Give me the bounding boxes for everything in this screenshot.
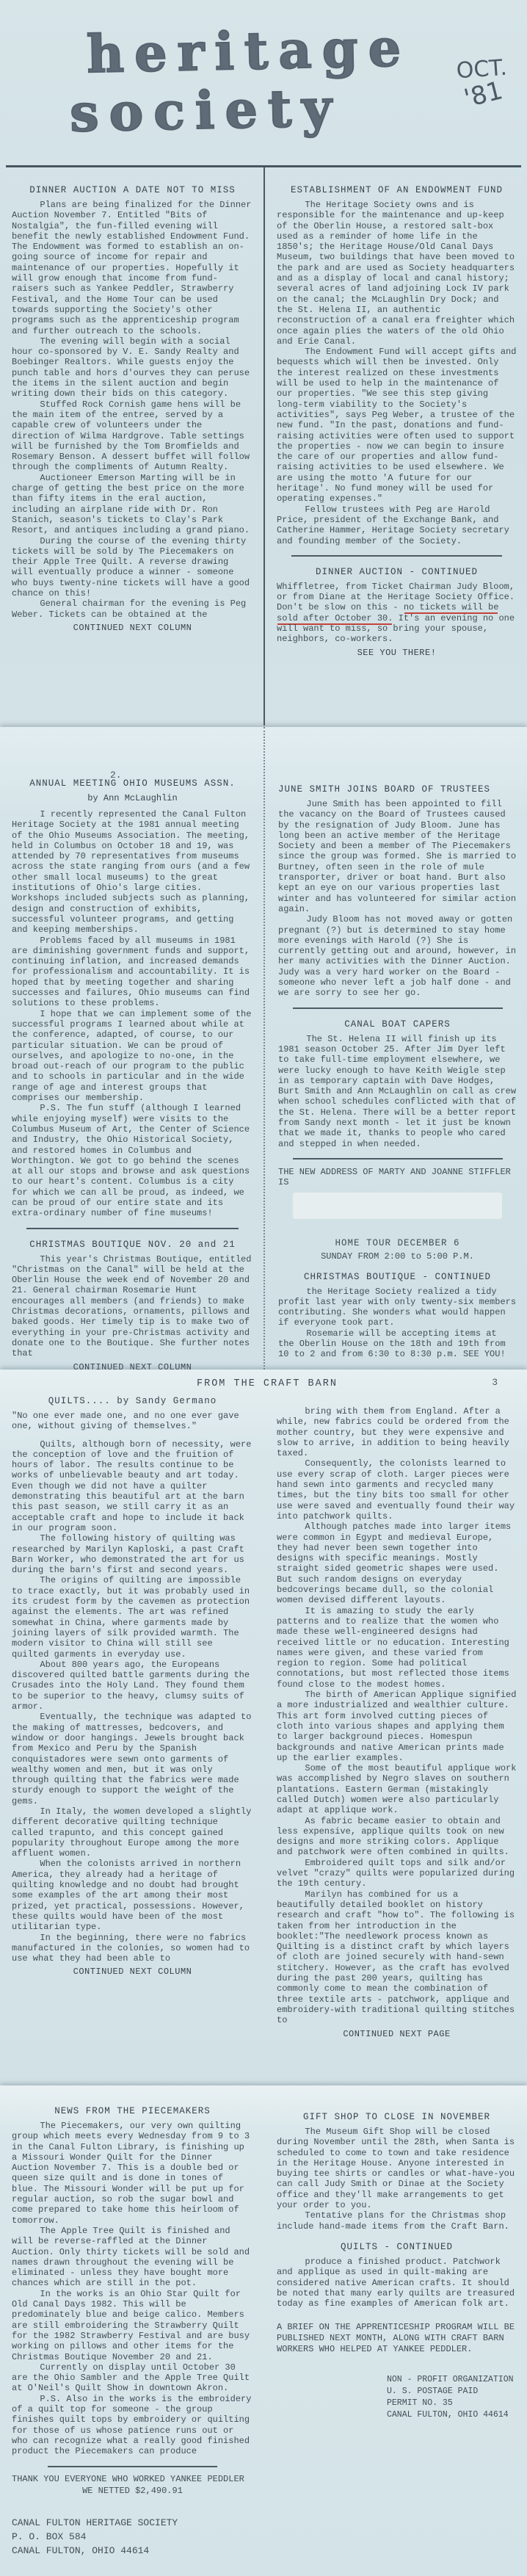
paragraph: Although patches made into larger items … (277, 1522, 517, 1605)
page4-left-column: NEWS FROM THE PIECEMAKERS The Piecemaker… (0, 2085, 263, 2576)
article-canal-boat-capers: The St. Helena II will finish up its 198… (278, 1034, 517, 1149)
home-tour-announcement: HOME TOUR DECEMBER 6 (278, 1238, 517, 1248)
article-heading-dinner-auction: DINNER AUCTION A DATE NOT TO MISS (12, 185, 253, 195)
society-return-address: CANAL FULTON HERITAGE SOCIETY P. O. BOX … (12, 2516, 253, 2558)
article-heading-dinner-auction-continued: DINNER AUCTION - CONTINUED (277, 567, 517, 577)
postal-permit-block: NON - PROFIT ORGANIZATION U. S. POSTAGE … (387, 2374, 517, 2421)
dinner-auction-continued-paragraph: Whiffletree, from Ticket Chairman Judy B… (277, 582, 517, 645)
paragraph: Currently on display until October 30 ar… (12, 2362, 253, 2394)
postal-org: NON - PROFIT ORGANIZATION (387, 2374, 517, 2386)
byline-ann-mclaughlin: by Ann McLaughlin (12, 793, 253, 803)
paragraph: The evening will begin with a social hou… (12, 336, 253, 399)
continued-next-page-note: CONTINUED NEXT PAGE (277, 2029, 517, 2039)
paragraph: As fabric became easier to obtain and le… (277, 1816, 517, 1858)
paragraph: I recently represented the Canal Fulton … (12, 809, 253, 936)
paragraph: In the works is an Ohio Star Quilt for O… (12, 2289, 253, 2362)
quilts-opening-quote: "No one ever made one, and no one ever g… (12, 1411, 253, 1432)
article-heading-christmas-boutique: CHRISTMAS BOUTIQUE NOV. 20 and 21 (12, 1240, 253, 1250)
paragraph: the Heritage Society realized a tidy pro… (278, 1287, 517, 1328)
divider-rule (293, 1158, 503, 1159)
article-dinner-auction: Plans are being finalized for the Dinner… (12, 200, 253, 620)
paragraph: Eventually, the technique was adapted to… (12, 1712, 253, 1806)
page-2: 2. ANNUAL MEETING OHIO MUSEUMS ASSN. by … (0, 727, 527, 1370)
paragraph: General chairman for the evening is Peg … (12, 598, 253, 620)
page2-right-column: JUNE SMITH JOINS BOARD OF TRUSTEES June … (263, 727, 527, 1370)
paragraph: P.S. Also in the works is the embroidery… (12, 2394, 253, 2457)
paragraph: Stuffed Rock Cornish game hens will be t… (12, 399, 253, 473)
page3-left-column: QUILTS.... by Sandy Germano "No one ever… (0, 1370, 263, 2085)
page4-right-column: GIFT SHOP TO CLOSE IN NOVEMBER The Museu… (263, 2085, 527, 2576)
divider-rule (26, 1228, 239, 1229)
article-heading-endowment-fund: ESTABLISHMENT OF AN ENDOWMENT FUND (277, 185, 517, 195)
continued-next-column-note: CONTINUED NEXT COLUMN (12, 623, 253, 633)
paragraph: Judy Bloom has not moved away or gotten … (278, 914, 517, 998)
paragraph: The following history of quilting was re… (12, 1533, 253, 1575)
paragraph: The Piecemakers, our very own quilting g… (12, 2121, 253, 2226)
article-endowment-fund: The Heritage Society owns and is respons… (277, 200, 517, 546)
article-heading-museums-meeting: ANNUAL MEETING OHIO MUSEUMS ASSN. (12, 778, 253, 789)
article-heading-quilts: QUILTS.... by Sandy Germano (12, 1396, 253, 1406)
page-3: FROM THE CRAFT BARN 3 QUILTS.... by Sand… (0, 1370, 527, 2085)
paragraph: In Italy, the women developed a slightly… (12, 1806, 253, 1859)
paragraph: When the colonists arrived in northern A… (12, 1859, 253, 1932)
society-name: CANAL FULTON HERITAGE SOCIETY (12, 2516, 253, 2530)
article-heading-piecemakers: NEWS FROM THE PIECEMAKERS (12, 2106, 253, 2116)
page1-right-column: ESTABLISHMENT OF AN ENDOWMENT FUND The H… (263, 167, 527, 726)
article-quilts-continuation: bring with them from England. After a wh… (277, 1406, 517, 2026)
page3-right-column: bring with them from England. After a wh… (263, 1370, 527, 2085)
page-4: NEWS FROM THE PIECEMAKERS The Piecemaker… (0, 2085, 527, 2576)
thanks-line2: WE NETTED $2,490.91 (12, 2485, 253, 2497)
page2-left-column: ANNUAL MEETING OHIO MUSEUMS ASSN. by Ann… (0, 727, 263, 1370)
paragraph: The Museum Gift Shop will be closed duri… (277, 2127, 517, 2210)
article-gift-shop: The Museum Gift Shop will be closed duri… (277, 2127, 517, 2232)
paragraph: P.S. The fun stuff (although I learned w… (12, 1103, 253, 1218)
paragraph: The St. Helena II will finish up its 198… (278, 1034, 517, 1149)
paragraph: The origins of quilting are impossible t… (12, 1575, 253, 1659)
masthead: heritage society OCT. '81 (0, 0, 527, 165)
newsletter-scan: heritage society OCT. '81 DINNER AUCTION… (0, 0, 527, 2576)
paragraph: About 800 years ago, the Europeans disco… (12, 1660, 253, 1712)
article-heading-gift-shop: GIFT SHOP TO CLOSE IN NOVEMBER (277, 2112, 517, 2122)
paragraph: I hope that we can implement some of the… (12, 1009, 253, 1104)
article-piecemakers: The Piecemakers, our very own quilting g… (12, 2121, 253, 2457)
yankee-peddler-thanks: THANK YOU EVERYONE WHO WORKED YANKEE PED… (12, 2473, 253, 2497)
paragraph: This year's Christmas Boutique, entitled… (12, 1254, 253, 1359)
paragraph: In the beginning, there were no fabrics … (12, 1933, 253, 1964)
paragraph: Plans are being finalized for the Dinner… (12, 200, 253, 336)
divider-rule (291, 555, 503, 557)
paragraph: Consequently, the colonists learned to u… (277, 1458, 517, 1522)
article-quilts: Quilts, although born of necessity, were… (12, 1439, 253, 1964)
paragraph: The Endowment Fund will accept gifts and… (277, 347, 517, 504)
paragraph: Some of the most beautiful applique work… (277, 1763, 517, 1815)
paragraph: The Apple Tree Quilt is finished and wil… (12, 2226, 253, 2289)
paragraph: June Smith has been appointed to fill th… (278, 799, 517, 914)
masthead-date: OCT. '81 (456, 56, 509, 109)
divider-rule (48, 2466, 217, 2467)
article-quilts-continued: produce a finished product. Patchwork an… (277, 2257, 517, 2309)
article-heading-quilts-continued: QUILTS - CONTINUED (277, 2242, 517, 2252)
paragraph: Tentative plans for the Christmas shop i… (277, 2210, 517, 2232)
society-city: CANAL FULTON, OHIO 44614 (12, 2544, 253, 2558)
article-heading-boutique-continued: CHRISTMAS BOUTIQUE - CONTINUED (278, 1272, 517, 1282)
article-boutique-continued: the Heritage Society realized a tidy pro… (278, 1287, 517, 1360)
postal-city: CANAL FULTON, OHIO 44614 (387, 2409, 517, 2421)
page1-left-column: DINNER AUCTION A DATE NOT TO MISS Plans … (0, 167, 263, 726)
see-you-there-signoff: SEE YOU THERE! (277, 648, 517, 658)
continued-next-column-note: CONTINUED NEXT COLUMN (12, 1967, 253, 1977)
paragraph: Quilts, although born of necessity, were… (12, 1439, 253, 1534)
paragraph: The birth of American Applique signified… (277, 1690, 517, 1763)
stiffler-address-note: THE NEW ADDRESS OF MARTY AND JOANNE STIF… (278, 1167, 517, 1188)
paragraph: Marilyn has combined for us a beautifull… (277, 1889, 517, 2026)
paragraph: Auctioneer Emerson Marting will be in ch… (12, 473, 253, 536)
paragraph: Problems faced by all museums in 1981 ar… (12, 936, 253, 1009)
article-christmas-boutique: This year's Christmas Boutique, entitled… (12, 1254, 253, 1359)
article-june-smith: June Smith has been appointed to fill th… (278, 799, 517, 999)
article-heading-canal-boat-capers: CANAL BOAT CAPERS (278, 1019, 517, 1030)
divider-rule (293, 1007, 503, 1009)
page-1: heritage society OCT. '81 DINNER AUCTION… (0, 0, 527, 727)
paragraph: During the course of the evening thirty … (12, 536, 253, 599)
paragraph: The Heritage Society owns and is respons… (277, 200, 517, 347)
article-museums-meeting: I recently represented the Canal Fulton … (12, 809, 253, 1219)
paragraph: Fellow trustees with Peg are Harold Pric… (277, 504, 517, 546)
society-po-box: P. O. BOX 584 (12, 2530, 253, 2544)
erased-address-area (293, 1193, 502, 1219)
continued-next-column-note: CONTINUED NEXT COLUMN (12, 1362, 253, 1370)
paragraph: produce a finished product. Patchwork an… (277, 2257, 517, 2309)
article-heading-june-smith: JUNE SMITH JOINS BOARD OF TRUSTEES (278, 784, 517, 795)
home-tour-time: SUNDAY FROM 2:00 to 5:00 P.M. (278, 1251, 517, 1262)
thanks-line1: THANK YOU EVERYONE WHO WORKED YANKEE PED… (12, 2473, 253, 2485)
apprenticeship-brief-note: A BRIEF ON THE APPRENTICESHIP PROGRAM WI… (277, 2322, 517, 2355)
column-divider (263, 167, 265, 726)
postal-paid: U. S. POSTAGE PAID (387, 2386, 517, 2398)
postal-permit: PERMIT NO. 35 (387, 2398, 517, 2409)
paragraph: It is amazing to study the early pattern… (277, 1606, 517, 1690)
paragraph: bring with them from England. After a wh… (277, 1406, 517, 1458)
paragraph: Embroidered quilt tops and silk and/or v… (277, 1858, 517, 1889)
paragraph: Rosemarie will be accepting items at the… (278, 1328, 517, 1360)
